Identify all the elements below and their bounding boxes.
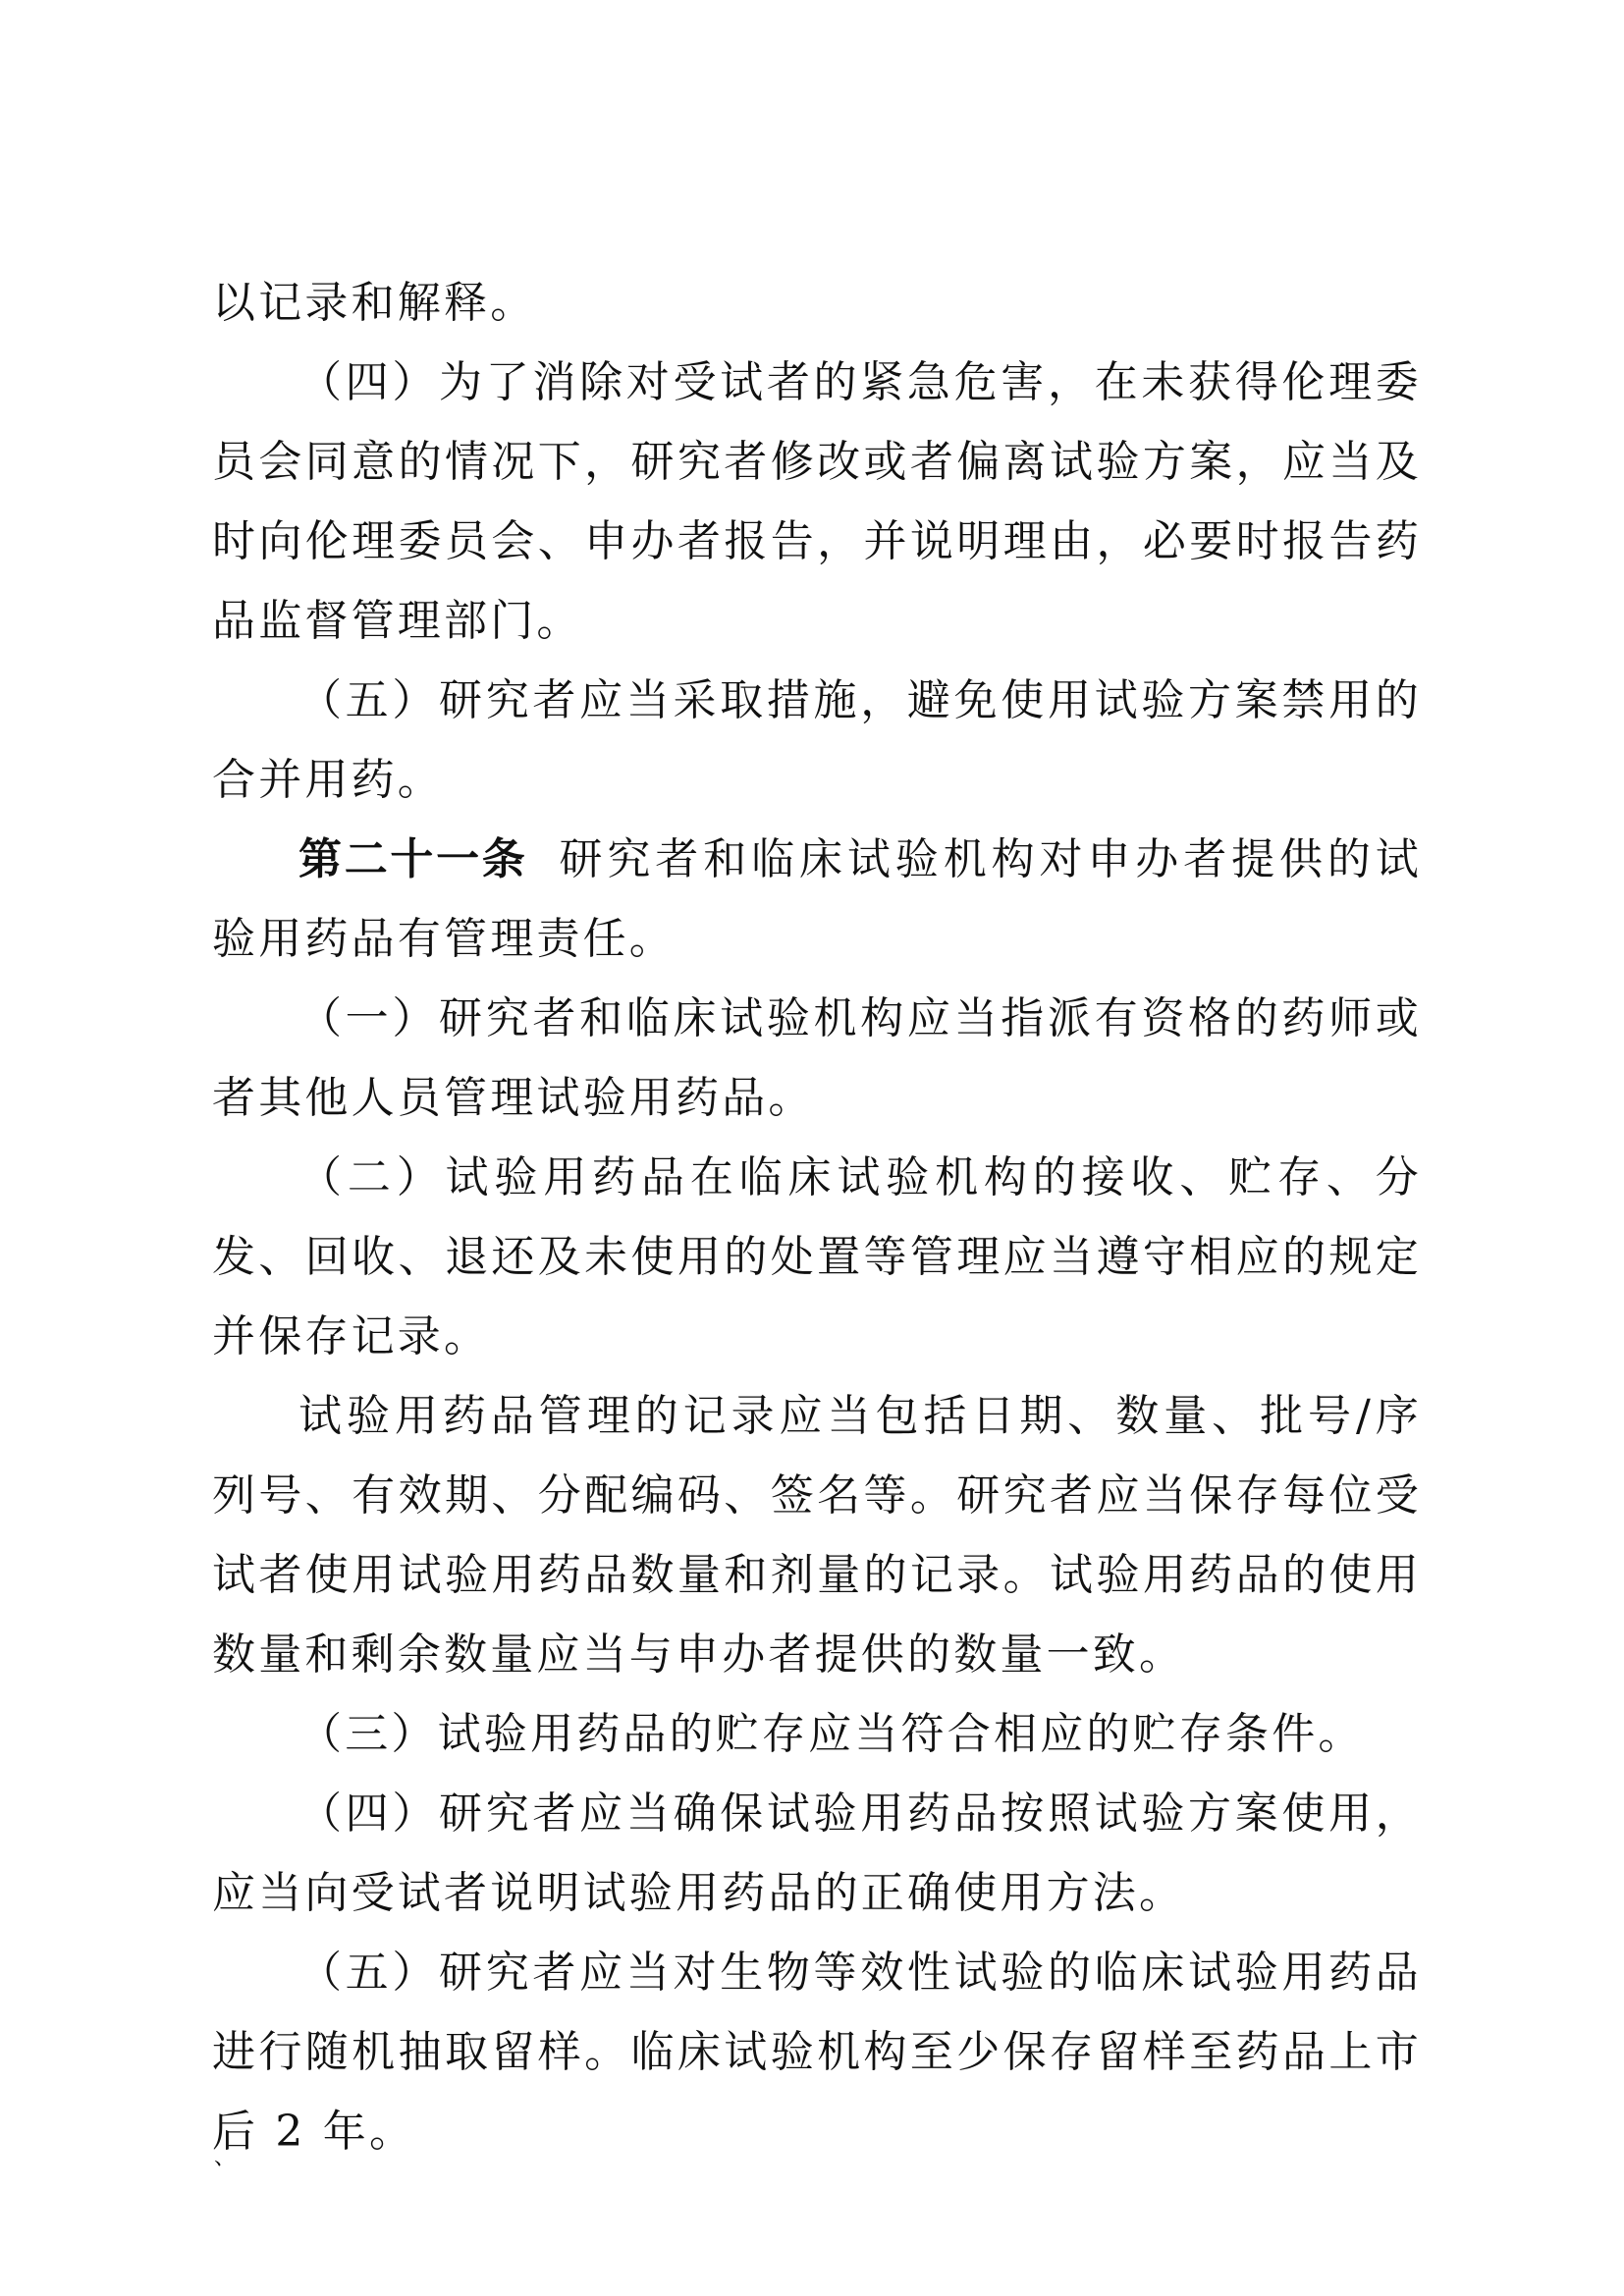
paragraph-item-4-usage: （四）研究者应当确保试验用药品按照试验方案使用，应当向受试者说明试验用药品的正确… xyxy=(212,1774,1422,1933)
document-page: 以记录和解释。 （四）为了消除对受试者的紧急危害，在未获得伦理委员会同意的情况下… xyxy=(0,0,1624,2296)
paragraph-item-3-storage: （三）试验用药品的贮存应当符合相应的贮存条件。 xyxy=(212,1694,1422,1774)
article-number-heading: 第二十一条 xyxy=(298,834,528,884)
paragraph-continuation: 以记录和解释。 xyxy=(212,263,1422,343)
paragraph-item-5-retention-samples: （五）研究者应当对生物等效性试验的临床试验用药品进行随机抽取留样。临床试验机构至… xyxy=(212,1933,1422,2171)
paragraph-item-5-concomitant-medication: （五）研究者应当采取措施，避免使用试验方案禁用的合并用药。 xyxy=(212,661,1422,820)
paragraph-drug-records: 试验用药品管理的记录应当包括日期、数量、批号/序列号、有效期、分配编码、签名等。… xyxy=(212,1376,1422,1694)
footer-mark: 、 xyxy=(214,2148,236,2169)
document-body: 以记录和解释。 （四）为了消除对受试者的紧急危害，在未获得伦理委员会同意的情况下… xyxy=(212,263,1422,2171)
article-21-paragraph: 第二十一条研究者和临床试验机构对申办者提供的试验用药品有管理责任。 xyxy=(212,820,1422,979)
paragraph-item-2-drug-handling: （二）试验用药品在临床试验机构的接收、贮存、分发、回收、退还及未使用的处置等管理… xyxy=(212,1138,1422,1376)
paragraph-item-4-emergency-deviation: （四）为了消除对受试者的紧急危害，在未获得伦理委员会同意的情况下，研究者修改或者… xyxy=(212,343,1422,661)
paragraph-item-1-pharmacist: （一）研究者和临床试验机构应当指派有资格的药师或者其他人员管理试验用药品。 xyxy=(212,979,1422,1138)
